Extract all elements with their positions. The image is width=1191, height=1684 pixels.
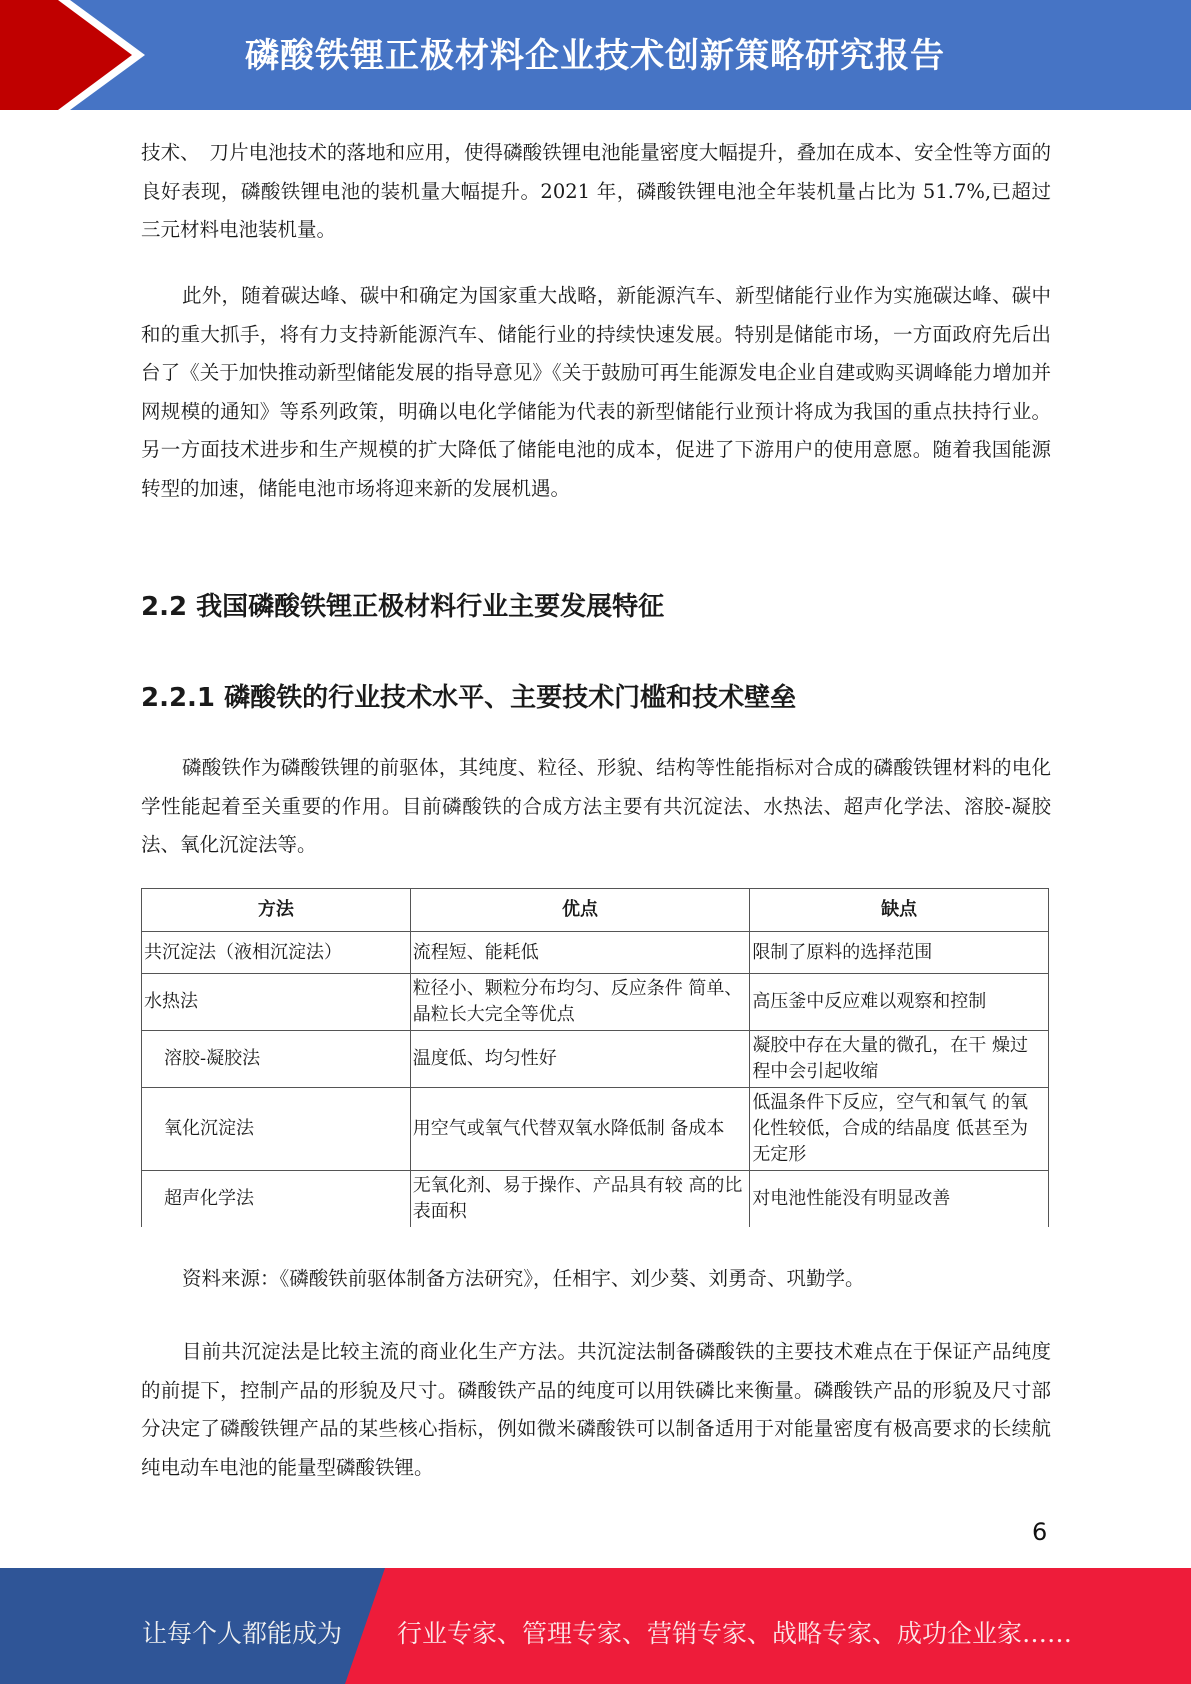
arrow-decoration-icon [0,0,160,110]
paragraph-coprecipitation: 目前共沉淀法是比较主流的商业化生产方法。共沉淀法制备磷酸铁的主要技术难点在于保证… [141,1333,1051,1487]
table-cell-advantages: 粒径小、颗粒分布均匀、反应条件 简单、晶粒长大完全等优点 [410,974,750,1031]
footer-slogan-right: 行业专家、管理专家、营销专家、战略专家、成功企业家…… [397,1614,1072,1650]
table-row: 超声化学法 无氧化剂、易于操作、产品具有较 高的比表面积 对电池性能没有明显改善 [142,1171,1049,1228]
column-header-method: 方法 [142,889,411,932]
table-cell-method: 氧化沉淀法 [142,1088,411,1171]
report-title: 磷酸铁锂正极材料企业技术创新策略研究报告 [245,28,945,77]
table-header-row: 方法 优点 缺点 [142,889,1049,932]
table-cell-advantages: 用空气或氧气代替双氧水降低制 备成本 [410,1088,750,1171]
table-cell-disadvantages: 对电池性能没有明显改善 [750,1171,1049,1228]
table-cell-disadvantages: 凝胶中存在大量的微孔，在干 燥过程中会引起收缩 [750,1031,1049,1088]
column-header-disadvantages: 缺点 [750,889,1049,932]
table-row: 溶胶-凝胶法 温度低、均匀性好 凝胶中存在大量的微孔，在干 燥过程中会引起收缩 [142,1031,1049,1088]
table-cell-advantages: 流程短、能耗低 [410,932,750,974]
table-row: 氧化沉淀法 用空气或氧气代替双氧水降低制 备成本 低温条件下反应，空气和氧气 的… [142,1088,1049,1171]
section-heading-2-2-1: 2.2.1 磷酸铁的行业技术水平、主要技术门槛和技术壁垒 [141,677,796,714]
page-header: 磷酸铁锂正极材料企业技术创新策略研究报告 [0,0,1191,110]
table-row: 共沉淀法（液相沉淀法） 流程短、能耗低 限制了原料的选择范围 [142,932,1049,974]
column-header-advantages: 优点 [410,889,750,932]
table-cell-method: 水热法 [142,974,411,1031]
table-cell-method: 超声化学法 [142,1171,411,1228]
page-footer: 让每个人都能成为 行业专家、管理专家、营销专家、战略专家、成功企业家…… [0,1568,1191,1684]
table-cell-disadvantages: 高压釜中反应难以观察和控制 [750,974,1049,1031]
table-cell-method: 溶胶-凝胶法 [142,1031,411,1088]
table-cell-disadvantages: 限制了原料的选择范围 [750,932,1049,974]
synthesis-methods-table: 方法 优点 缺点 共沉淀法（液相沉淀法） 流程短、能耗低 限制了原料的选择范围 … [141,888,1049,1227]
table-cell-advantages: 无氧化剂、易于操作、产品具有较 高的比表面积 [410,1171,750,1228]
table-cell-disadvantages: 低温条件下反应，空气和氧气 的氧化性较低，合成的结晶度 低甚至为无定形 [750,1088,1049,1171]
paragraph-energy-storage: 此外，随着碳达峰、碳中和确定为国家重大战略，新能源汽车、新型储能行业作为实施碳达… [141,277,1051,508]
section-heading-2-2: 2.2 我国磷酸铁锂正极材料行业主要发展特征 [141,586,664,623]
table-row: 水热法 粒径小、颗粒分布均匀、反应条件 简单、晶粒长大完全等优点 高压釜中反应难… [142,974,1049,1031]
table-source-note: 资料来源：《磷酸铁前驱体制备方法研究》，任相宇、刘少葵、刘勇奇、巩勤学。 [141,1260,1051,1299]
footer-slogan-left: 让每个人都能成为 [142,1614,342,1650]
paragraph-battery-installation: 技术、 刀片电池技术的落地和应用，使得磷酸铁锂电池能量密度大幅提升，叠加在成本、… [141,134,1051,250]
paragraph-iron-phosphate-intro: 磷酸铁作为磷酸铁锂的前驱体，其纯度、粒径、形貌、结构等性能指标对合成的磷酸铁锂材… [141,749,1051,865]
page-number: 6 [1032,1518,1047,1546]
table-cell-method: 共沉淀法（液相沉淀法） [142,932,411,974]
table-cell-advantages: 温度低、均匀性好 [410,1031,750,1088]
